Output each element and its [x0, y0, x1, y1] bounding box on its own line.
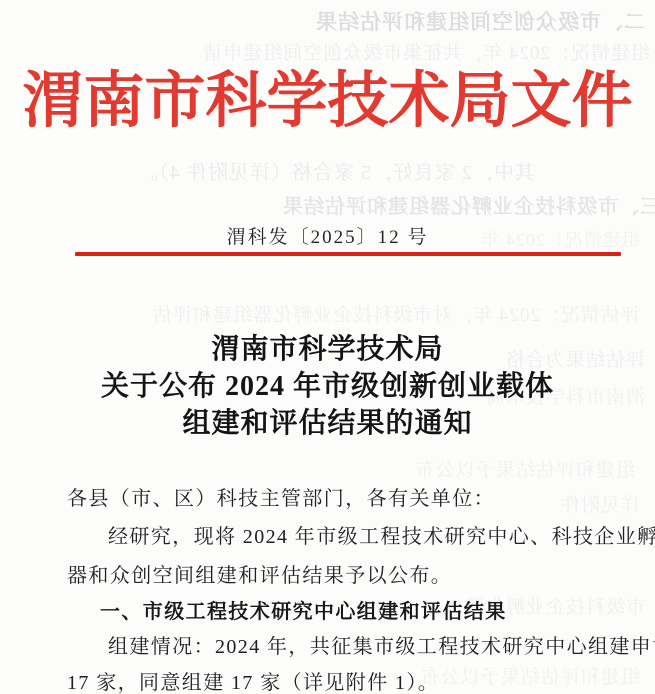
scanned-document-page: 二、市级众创空间组建和评估结果 组建情况：2024 年，共征集市级众创空间组建申…	[0, 0, 655, 694]
paragraph2-line-2: 17 家，同意组建 17 家（详见附件 1）。	[67, 666, 439, 694]
paragraph2-line-1: 组建情况：2024 年，共征集市级工程技术研究中心组建申请	[108, 630, 655, 659]
document-title-line-1: 渭南市科学技术局	[0, 331, 655, 368]
agency-letterhead-title: 渭南市科学技术局文件	[0, 56, 655, 148]
bleedthrough-text: 其中，2 家良好，5 家合格（详见附件 4）。	[105, 156, 535, 185]
salutation-line: 各县（市、区）科技主管部门，各有关单位：	[67, 482, 495, 511]
bleedthrough-text: 评估情况：2024 年，对市级科技企业孵化器组建和评估	[65, 300, 640, 327]
paragraph1-line-1: 经研究，现将 2024 年市级工程技术研究中心、科技企业孵化	[108, 520, 655, 549]
bleedthrough-text: 组建和评估结果予以公布	[65, 455, 635, 482]
document-title-line-3: 组建和评估结果的通知	[0, 405, 655, 442]
document-title-line-2: 关于公布 2024 年市级创新创业载体	[0, 368, 655, 405]
red-divider-line	[75, 252, 621, 256]
bleedthrough-text: 三、市级科技企业孵化器组建和评估结果	[330, 190, 655, 219]
bleedthrough-text: 二、市级众创空间组建和评估结果	[295, 6, 645, 36]
paragraph1-line-2: 器和众创空间组建和评估结果予以公布。	[67, 559, 452, 588]
document-title: 渭南市科学技术局 关于公布 2024 年市级创新创业载体 组建和评估结果的通知	[0, 331, 655, 442]
document-number: 渭科发〔2025〕12 号	[0, 222, 655, 249]
section1-heading: 一、市级工程技术研究中心组建和评估结果	[100, 595, 507, 624]
